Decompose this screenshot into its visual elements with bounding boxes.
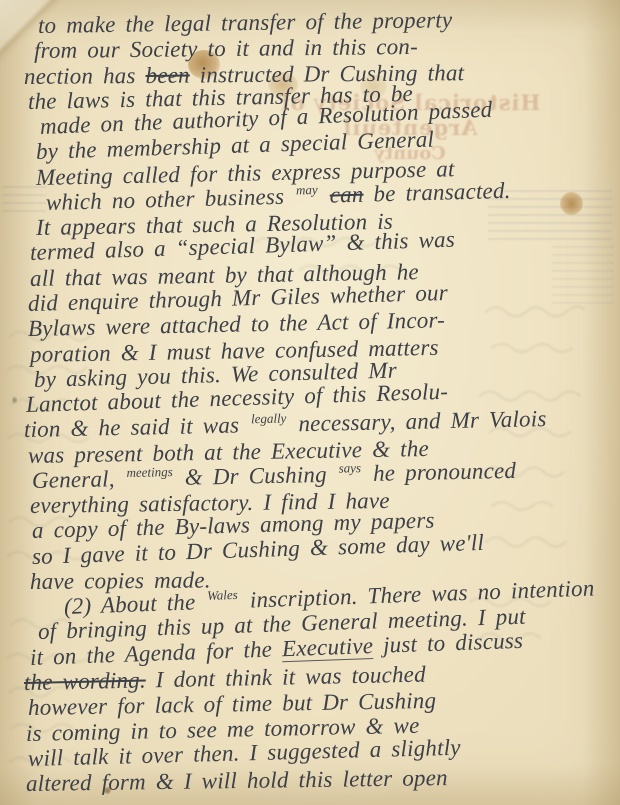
- underlined-text: Executive: [282, 633, 374, 662]
- struck-text: been: [145, 62, 189, 87]
- ghost-print-block: [552, 246, 614, 308]
- letter-page: Historical Society of Argenteuil County: [0, 0, 620, 805]
- inserted-text: Wales: [207, 587, 238, 603]
- inserted-text: may: [296, 182, 318, 198]
- handwriting-line: altered form & I will hold this letter o…: [26, 765, 448, 797]
- ink-stain: [560, 192, 583, 215]
- inserted-text: legally: [251, 411, 287, 427]
- handwriting-line: from our Society to it and in this con-: [34, 34, 418, 64]
- struck-text: can: [329, 182, 363, 208]
- inserted-text: meetings: [126, 464, 173, 480]
- inserted-text: says: [338, 460, 361, 475]
- ink-speck: [12, 396, 17, 404]
- struck-text: the wording.: [24, 667, 146, 695]
